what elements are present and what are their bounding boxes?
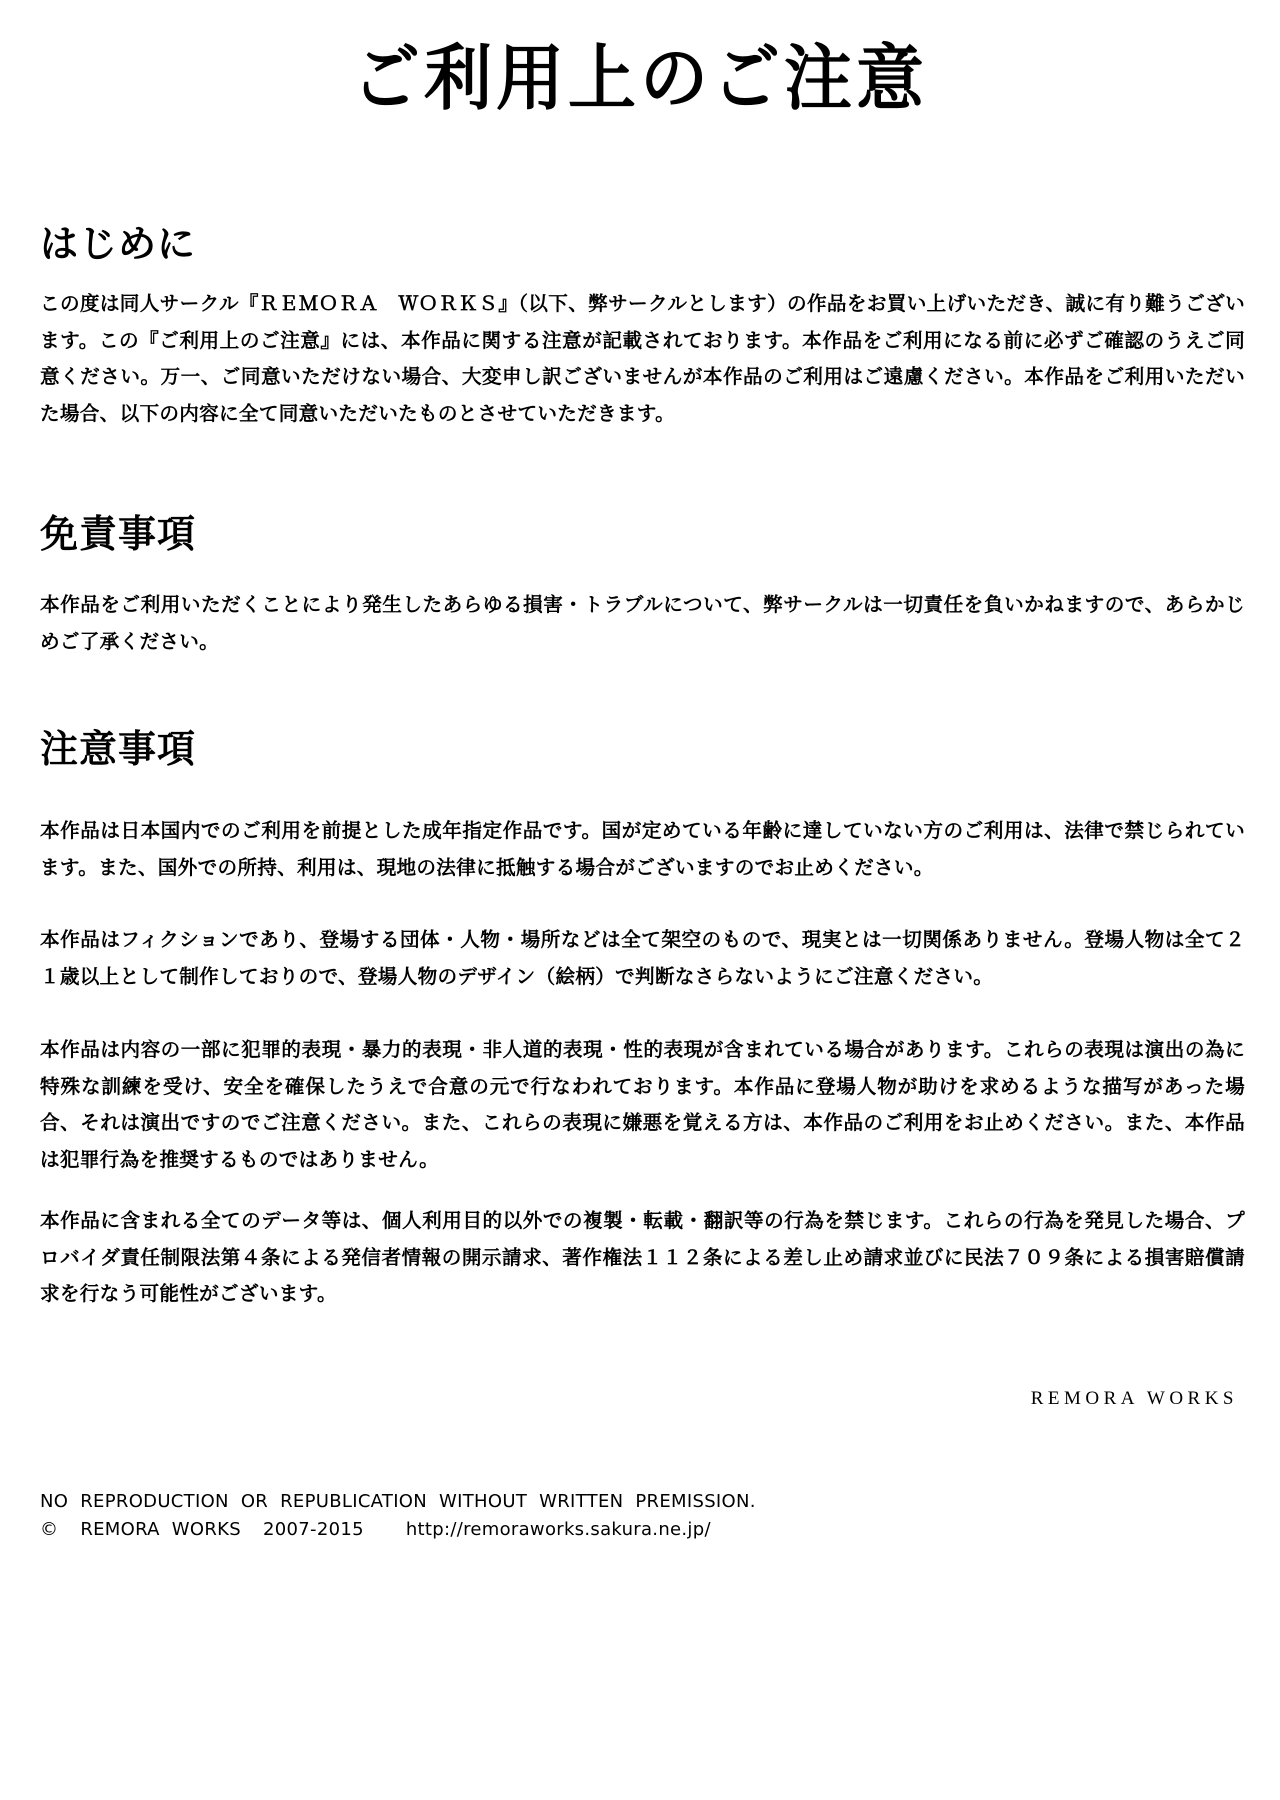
copyright-icon: © (40, 1519, 58, 1540)
notes-paragraph-fiction: 本作品はフィクションであり、登場する団体・人物・場所などは全て架空のもので、現実… (40, 922, 1245, 995)
notes-paragraph-expressions: 本作品は内容の一部に犯罪的表現・暴力的表現・非人道的表現・性的表現が含まれている… (40, 1032, 1245, 1178)
notes-paragraph-copyright: 本作品に含まれる全てのデータ等は、個人利用目的以外での複製・転載・翻訳等の行為を… (40, 1203, 1245, 1313)
disclaimer-paragraph: 本作品をご利用いただくことにより発生したあらゆる損害・トラブルについて、弊サーク… (40, 587, 1245, 660)
footer-url-link[interactable]: http://remoraworks.sakura.ne.jp/ (406, 1519, 711, 1540)
footer-owner: REMORA WORKS (80, 1519, 241, 1540)
section-heading-disclaimer: 免責事項 (40, 512, 196, 556)
introduction-paragraph: この度は同人サークル『ＲＥＭＯＲＡ ＷＯＲＫＳ』（以下、弊サークルとします）の作… (40, 286, 1245, 432)
footer-notice: NO REPRODUCTION OR REPUBLICATION WITHOUT… (40, 1488, 756, 1516)
notes-paragraph-age-restriction: 本作品は日本国内でのご利用を前提とした成年指定作品です。国が定めている年齢に達し… (40, 813, 1245, 886)
footer-years: 2007-2015 (263, 1519, 364, 1540)
footer-copyright-line: ©REMORA WORKS2007-2015http://remoraworks… (40, 1516, 733, 1544)
section-heading-introduction: はじめに (40, 222, 196, 266)
section-heading-notes: 注意事項 (40, 727, 196, 771)
signature: REMORA WORKS (1031, 1388, 1238, 1410)
page-title: ご利用上のご注意 (0, 32, 1280, 127)
